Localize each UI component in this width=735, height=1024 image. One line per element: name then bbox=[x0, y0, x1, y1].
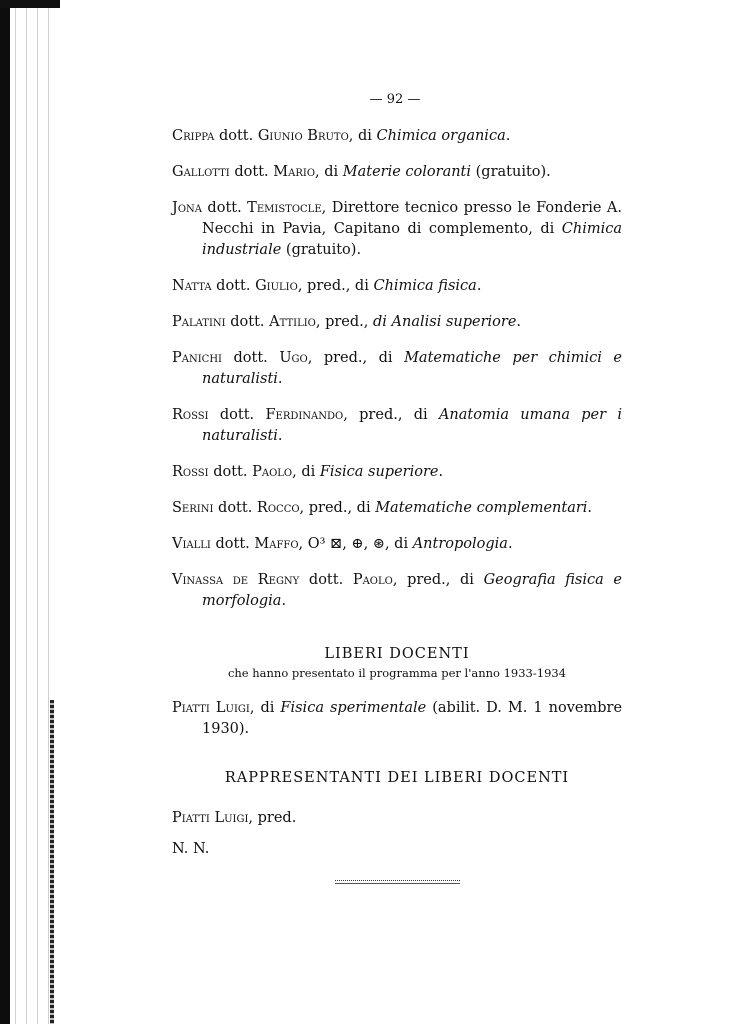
faculty-entry: Vinassa de Regny dott. Paolo, pred., di … bbox=[172, 570, 622, 612]
faculty-entry: Jona dott. Temistocle, Direttore tecnico… bbox=[172, 198, 622, 261]
surname: Crippa bbox=[172, 128, 214, 144]
entry-text: , di bbox=[250, 700, 281, 716]
faculty-entry: Crippa dott. Giunio Bruto, di Chimica or… bbox=[172, 126, 622, 147]
rappresentante-entry: Piatti Luigi, pred. bbox=[172, 808, 622, 829]
given-name: Giulio bbox=[255, 278, 298, 294]
subject: Chimica fisica bbox=[373, 278, 476, 294]
faculty-entry: Rossi dott. Paolo, di Fisica superiore. bbox=[172, 462, 622, 483]
given-name: Ferdinando bbox=[265, 407, 343, 423]
subject: Antropologia bbox=[413, 536, 508, 552]
entry-text: , pred., bbox=[316, 314, 373, 330]
entry-text: , pred., di bbox=[300, 500, 376, 516]
page-number: — 92 — bbox=[0, 92, 735, 107]
title-text: dott. bbox=[214, 128, 258, 144]
given-name: Ugo bbox=[279, 350, 307, 366]
end-rule-divider bbox=[335, 880, 460, 884]
title-text: dott. bbox=[222, 350, 279, 366]
entry-text: , pred., di bbox=[298, 278, 374, 294]
page-body: Crippa dott. Giunio Bruto, di Chimica or… bbox=[172, 126, 622, 875]
faculty-entry: Serini dott. Rocco, pred., di Matematich… bbox=[172, 498, 622, 519]
book-binding-edge bbox=[0, 0, 10, 1024]
surname: Panichi bbox=[172, 350, 222, 366]
entry-tail: . bbox=[516, 314, 521, 330]
given-name: Luigi bbox=[214, 810, 248, 826]
given-name: Paolo bbox=[252, 464, 292, 480]
entry-tail: . bbox=[506, 128, 511, 144]
subject: di Analisi superiore bbox=[373, 314, 516, 330]
surname: Vialli bbox=[172, 536, 211, 552]
title-text: dott. bbox=[202, 200, 247, 216]
title-text: dott. bbox=[299, 572, 353, 588]
entry-tail: . bbox=[587, 500, 592, 516]
surname: Natta bbox=[172, 278, 212, 294]
entry-text: , pred., di bbox=[393, 572, 484, 588]
surname: Piatti bbox=[172, 700, 210, 716]
binding-shadow bbox=[10, 0, 50, 1024]
entry-text: , di bbox=[349, 128, 377, 144]
entry-tail: . bbox=[278, 428, 283, 444]
entry-text: , pred., di bbox=[343, 407, 439, 423]
entry-text: , di bbox=[292, 464, 320, 480]
given-name: Temistocle bbox=[247, 200, 321, 216]
surname: Jona bbox=[172, 200, 202, 216]
scan-border bbox=[0, 0, 60, 8]
rappresentante-entry: N. N. bbox=[172, 839, 622, 860]
section-title-rappresentanti: RAPPRESENTANTI DEI LIBERI DOCENTI bbox=[172, 770, 622, 786]
given-name: Paolo bbox=[353, 572, 393, 588]
surname: Rossi bbox=[172, 407, 209, 423]
surname: Vinassa de Regny bbox=[172, 572, 299, 588]
title-text: dott. bbox=[211, 536, 255, 552]
section-title-liberi-docenti: LIBERI DOCENTI bbox=[172, 646, 622, 662]
liberi-docenti-entry: Piatti Luigi, di Fisica sperimentale (ab… bbox=[172, 698, 622, 740]
title-text: dott. bbox=[213, 500, 257, 516]
entry-tail: . bbox=[477, 278, 482, 294]
entry-tail: (gratuito). bbox=[281, 242, 361, 258]
faculty-entry: Gallotti dott. Mario, di Materie coloran… bbox=[172, 162, 622, 183]
placeholder-name: N. N. bbox=[172, 841, 209, 857]
faculty-entry: Vialli dott. Maffo, O³ ⊠, ⊕, ⊛, di Antro… bbox=[172, 534, 622, 555]
faculty-entry: Natta dott. Giulio, pred., di Chimica fi… bbox=[172, 276, 622, 297]
faculty-entry: Palatini dott. Attilio, pred., di Analis… bbox=[172, 312, 622, 333]
entry-text: , pred., di bbox=[308, 350, 404, 366]
subject: Fisica sperimentale bbox=[280, 700, 426, 716]
given-name: Rocco bbox=[257, 500, 300, 516]
surname: Palatini bbox=[172, 314, 226, 330]
subject: Materie coloranti bbox=[343, 164, 471, 180]
title-text: dott. bbox=[212, 278, 256, 294]
given-name: Mario bbox=[273, 164, 315, 180]
given-name: Luigi bbox=[216, 700, 250, 716]
title-text: dott. bbox=[209, 407, 266, 423]
faculty-entry: Rossi dott. Ferdinando, pred., di Anatom… bbox=[172, 405, 622, 447]
entry-tail: , pred. bbox=[248, 810, 296, 826]
section-subtitle: che hanno presentato il programma per l'… bbox=[172, 666, 622, 680]
binding-stitching bbox=[50, 700, 54, 1024]
surname: Gallotti bbox=[172, 164, 230, 180]
subject: Fisica superiore bbox=[320, 464, 439, 480]
subject: Chimica organica bbox=[377, 128, 506, 144]
surname: Serini bbox=[172, 500, 213, 516]
given-name: Attilio bbox=[269, 314, 316, 330]
entry-tail: . bbox=[281, 593, 286, 609]
entry-tail: (gratuito). bbox=[471, 164, 551, 180]
entry-tail: . bbox=[278, 371, 283, 387]
entry-tail: . bbox=[438, 464, 443, 480]
given-name: Giunio Bruto bbox=[258, 128, 349, 144]
surname: Rossi bbox=[172, 464, 209, 480]
surname: Piatti bbox=[172, 810, 210, 826]
title-text: dott. bbox=[230, 164, 274, 180]
title-text: dott. bbox=[209, 464, 253, 480]
given-name: Maffo bbox=[254, 536, 298, 552]
entry-text: , O³ ⊠, ⊕, ⊛, di bbox=[299, 536, 413, 552]
entry-tail: . bbox=[508, 536, 513, 552]
faculty-entry: Panichi dott. Ugo, pred., di Matematiche… bbox=[172, 348, 622, 390]
title-text: dott. bbox=[226, 314, 270, 330]
entry-text: , di bbox=[315, 164, 343, 180]
subject: Matematiche complementari bbox=[375, 500, 587, 516]
